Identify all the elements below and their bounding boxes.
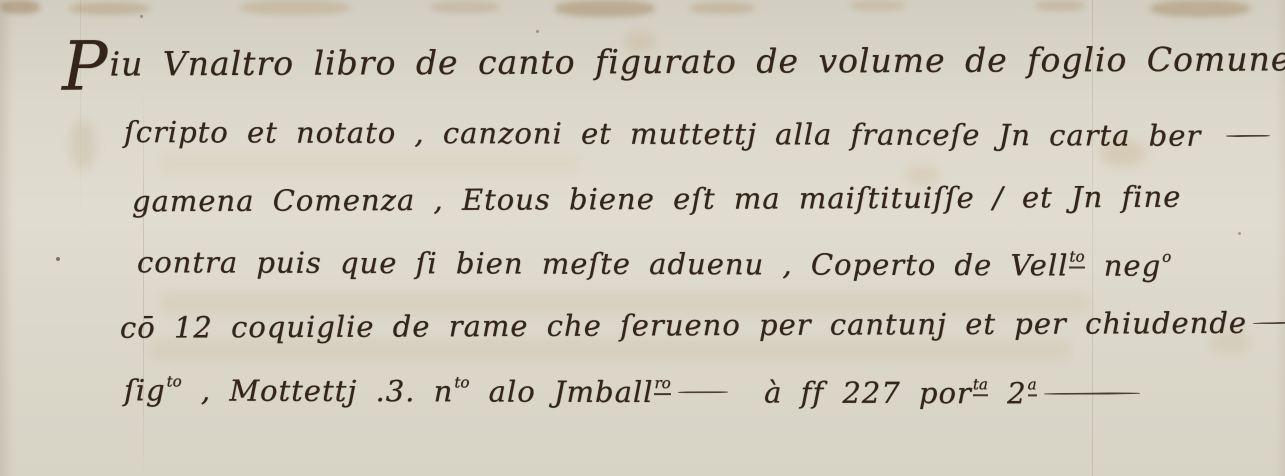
text-segment: iu Vnaltro libro de canto figurato de vo…: [109, 39, 1285, 83]
ink-speck: [140, 15, 143, 18]
superscript-abbreviation: to: [454, 373, 469, 391]
superscript-abbreviation: ta: [973, 375, 988, 396]
bleedthrough-artifact: [240, 0, 350, 15]
flourish-dash: [678, 391, 728, 393]
bleedthrough-artifact: [430, 1, 500, 13]
bleedthrough-artifact: [555, 0, 655, 17]
bleedthrough-artifact: [1150, 0, 1250, 17]
ink-speck: [536, 30, 539, 33]
bleedthrough-artifact: [70, 2, 150, 15]
text-segment: P: [62, 26, 110, 105]
ink-speck: [56, 257, 60, 261]
manuscript-line-1: Piu Vnaltro libro de canto figurato de v…: [62, 39, 1285, 83]
flourish-dash: [1226, 135, 1270, 137]
text-segment: alo Jmball: [470, 374, 653, 409]
text-segment: ſcripto et notato , canzoni et muttettj …: [124, 115, 1220, 153]
superscript-abbreviation: o: [1162, 247, 1171, 265]
manuscript-line-6: ſigto , Mottettj .3. nto alo Jmballro à …: [124, 373, 1140, 411]
bleedthrough-artifact: [1035, 0, 1085, 11]
manuscript-line-5: cō 12 coquiglie de rame che ſerueno per …: [120, 305, 1285, 344]
paper-stain: [160, 155, 580, 173]
text-segment: , Mottettj .3.: [183, 373, 434, 408]
text-segment: cō 12 coquiglie de rame che ſerueno per …: [120, 306, 1247, 345]
superscript-abbreviation: a: [1028, 375, 1037, 396]
text-segment: à ff 227 por: [728, 375, 972, 410]
manuscript-line-4: contra puis que ſi bien meſte aduenu , C…: [137, 245, 1172, 283]
text-segment: 2: [989, 376, 1027, 410]
bleedthrough-artifact: [850, 0, 905, 11]
bleedthrough-artifact: [690, 2, 755, 14]
manuscript-line-3: gamena Comenza , Etous biene eſt ma maiſ…: [132, 180, 1182, 219]
flourish-dash: [1044, 392, 1140, 395]
paper-stain: [70, 120, 96, 170]
superscript-abbreviation: to: [1069, 247, 1084, 268]
bleedthrough-artifact: [0, 0, 40, 14]
manuscript-line-2: ſcripto et notato , canzoni et muttettj …: [124, 115, 1270, 153]
text-segment: contra puis que ſi bien meſte aduenu , C…: [137, 245, 1069, 282]
ink-speck: [1238, 232, 1241, 235]
text-segment: ſig: [124, 373, 166, 407]
text-segment: neg: [1085, 249, 1161, 283]
text-segment: gamena Comenza , Etous biene eſt ma maiſ…: [132, 180, 1182, 219]
flourish-dash: [1253, 321, 1285, 325]
superscript-abbreviation: ro: [654, 374, 670, 395]
text-segment: n: [434, 374, 454, 408]
manuscript-paper: Piu Vnaltro libro de canto figurato de v…: [0, 0, 1285, 476]
superscript-abbreviation: to: [167, 372, 182, 390]
